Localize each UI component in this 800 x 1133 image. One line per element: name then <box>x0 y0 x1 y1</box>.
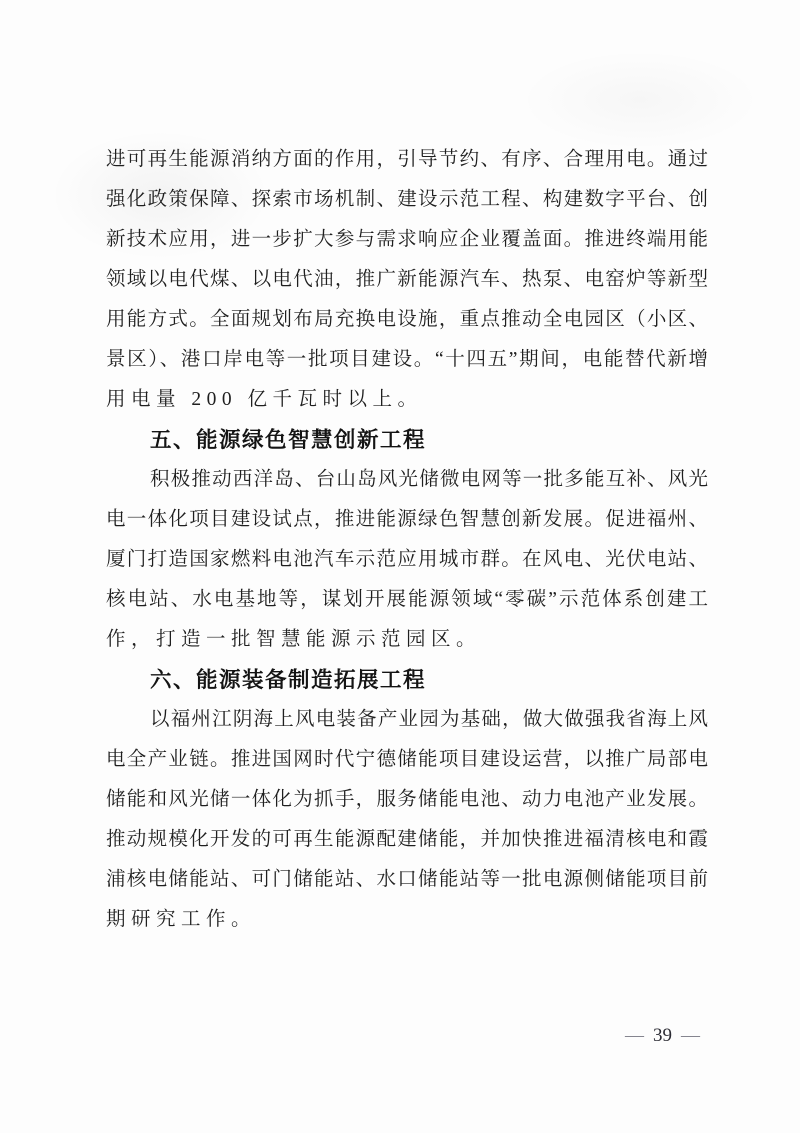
section-heading: 五、能源绿色智慧创新工程 <box>106 420 708 460</box>
text-block: 进可再生能源消纳方面的作用，引导节约、有序、合理用电。通过 强化政策保障、探索市… <box>106 140 708 940</box>
text-line: 电一体化项目建设试点，推进能源绿色智慧创新发展。促进福州、 <box>106 500 708 540</box>
text-line: 期研究工作。 <box>106 900 708 940</box>
text-line: 领域以电代煤、以电代油，推广新能源汽车、热泵、电窑炉等新型 <box>106 260 708 300</box>
text-line: 作，打造一批智慧能源示范园区。 <box>106 620 708 660</box>
section-heading: 六、能源装备制造拓展工程 <box>106 660 708 700</box>
text-line: 电全产业链。推进国网时代宁德储能项目建设运营，以推广局部电 <box>106 740 708 780</box>
text-line: 景区）、港口岸电等一批项目建设。“十四五”期间，电能替代新增 <box>106 340 708 380</box>
scan-smudge <box>520 50 760 150</box>
text-line: 厦门打造国家燃料电池汽车示范应用城市群。在风电、光伏电站、 <box>106 540 708 580</box>
text-line: 核电站、水电基地等，谋划开展能源领域“零碳”示范体系创建工 <box>106 580 708 620</box>
page-number-dash-left: — <box>625 1016 644 1056</box>
text-line: 强化政策保障、探索市场机制、建设示范工程、构建数字平台、创 <box>106 180 708 220</box>
document-page: 进可再生能源消纳方面的作用，引导节约、有序、合理用电。通过 强化政策保障、探索市… <box>0 0 800 1133</box>
text-line: 储能和风光储一体化为抓手，服务储能电池、动力电池产业发展。 <box>106 780 708 820</box>
page-number: — 39 — <box>625 1016 700 1056</box>
text-line: 以福州江阴海上风电装备产业园为基础，做大做强我省海上风 <box>106 700 708 740</box>
text-line: 进可再生能源消纳方面的作用，引导节约、有序、合理用电。通过 <box>106 140 708 180</box>
text-line: 新技术应用，进一步扩大参与需求响应企业覆盖面。推进终端用能 <box>106 220 708 260</box>
text-line: 推动规模化开发的可再生能源配建储能，并加快推进福清核电和霞 <box>106 820 708 860</box>
page-number-dash-right: — <box>681 1016 700 1056</box>
text-line: 用能方式。全面规划布局充换电设施，重点推动全电园区（小区、 <box>106 300 708 340</box>
text-line: 浦核电储能站、可门储能站、水口储能站等一批电源侧储能项目前 <box>106 860 708 900</box>
text-line: 用电量 200 亿千瓦时以上。 <box>106 380 708 420</box>
text-line: 积极推动西洋岛、台山岛风光储微电网等一批多能互补、风光 <box>106 460 708 500</box>
page-number-value: 39 <box>653 1016 672 1056</box>
